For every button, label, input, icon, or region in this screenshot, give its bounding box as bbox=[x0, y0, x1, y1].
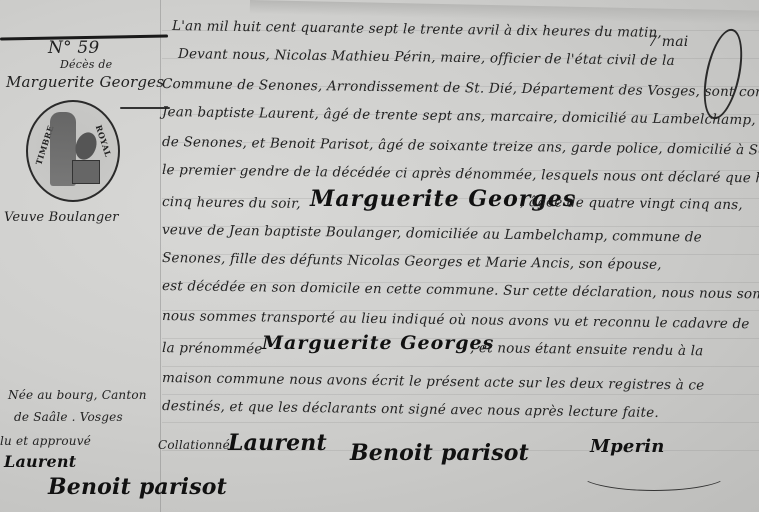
margin-annotation-line: Née au bourg, Canton bbox=[8, 388, 147, 402]
age-phrase: , âgée de quatre vingt cinq ans, bbox=[520, 194, 743, 213]
ruled-line bbox=[162, 422, 759, 423]
body-line: cinq heures du soir, bbox=[162, 194, 301, 212]
deceased-name-repeat: Marguerite Georges bbox=[262, 332, 494, 354]
paraph-flourish bbox=[697, 25, 749, 122]
body-line: la prénommée bbox=[162, 340, 263, 357]
body-line: Jean baptiste Laurent, âgé de trente sep… bbox=[162, 104, 759, 129]
body-line: L'an mil huit cent quarante sept le tren… bbox=[172, 18, 662, 41]
stamp-pedestal-icon bbox=[72, 160, 100, 184]
ruled-line bbox=[162, 394, 759, 395]
entry-type: Décès de bbox=[60, 58, 112, 71]
scanned-register-page: N° 59 Décès de Marguerite Georges TIMBRE… bbox=[0, 0, 759, 512]
body-line: Devant nous, Nicolas Mathieu Périn, mair… bbox=[178, 46, 675, 69]
signature-laurent: Laurent bbox=[228, 430, 327, 456]
royal-stamp: TIMBRE ROYAL bbox=[26, 100, 120, 202]
body-line: maison commune nous avons écrit le prése… bbox=[162, 370, 705, 394]
collation-note: Collationné bbox=[158, 438, 230, 452]
ruled-line bbox=[162, 366, 759, 367]
body-line: le premier gendre de la décédée ci après… bbox=[162, 162, 759, 187]
body-line: destinés, et que les déclarants ont sign… bbox=[162, 398, 659, 421]
margin-signature-laurent: Laurent bbox=[4, 452, 76, 471]
margin-spouse-note: Veuve Boulanger bbox=[4, 210, 119, 225]
entry-number: N° 59 bbox=[48, 38, 99, 58]
body-line: Commune de Senones, Arrondissement de St… bbox=[162, 76, 759, 101]
body-line: nous sommes transporté au lieu indiqué o… bbox=[162, 308, 750, 332]
body-line: , et nous étant ensuite rendu à la bbox=[470, 340, 704, 359]
margin-deceased-name: Marguerite Georges bbox=[6, 73, 164, 91]
signature-mayor: Mperin bbox=[590, 436, 665, 457]
body-line: de Senones, et Benoit Parisot, âgé de so… bbox=[162, 134, 759, 159]
margin-annotation-line: de Saâle . Vosges bbox=[14, 410, 123, 424]
signature-flourish bbox=[578, 455, 730, 491]
margin-signature-parisot: Benoit parisot bbox=[48, 474, 227, 500]
signature-benoit-parisot: Benoit parisot bbox=[350, 440, 529, 466]
margin-annotation-line: lu et approuvé bbox=[0, 434, 91, 448]
